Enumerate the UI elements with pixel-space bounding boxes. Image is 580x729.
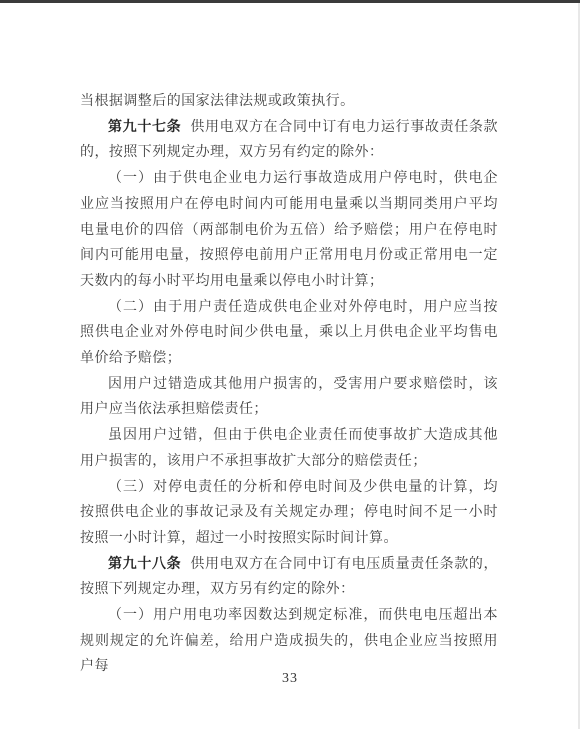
paragraph-article-98: 第九十八条供用电双方在合同中订有电压质量责任条款的，按照下列规定办理，双方另有约…	[80, 552, 498, 603]
paragraph-item-2-sub-1: 因用户过错造成其他用户损害的，受害用户要求赔偿时，该用户应当依法承担赔偿责任；	[80, 372, 498, 423]
document-text-block: 当根据调整后的国家法律法规或政策执行。 第九十七条供用电双方在合同中订有电力运行…	[80, 89, 498, 680]
article-98-label: 第九十八条	[108, 557, 181, 572]
paragraph-article-97: 第九十七条供用电双方在合同中订有电力运行事故责任条款的，按照下列规定办理，双方另…	[80, 115, 498, 166]
page-number: 33	[0, 671, 580, 687]
paragraph-continuation: 当根据调整后的国家法律法规或政策执行。	[80, 89, 498, 115]
page-top-edge-line	[0, 0, 580, 3]
paragraph-item-1: （一）由于供电企业电力运行事故造成用户停电时，供电企业应当按照用户在停电时间内可…	[80, 166, 498, 295]
paragraph-item-3: （三）对停电责任的分析和停电时间及少供电量的计算，均按照供电企业的事故记录及有关…	[80, 475, 498, 552]
paragraph-item-2-sub-2: 虽因用户过错，但由于供电企业责任而使事故扩大造成其他用户损害的，该用户不承担事故…	[80, 423, 498, 474]
paragraph-item-1-article-98: （一）用户用电功率因数达到规定标准，而供电电压超出本规则规定的允许偏差，给用户造…	[80, 603, 498, 680]
document-page: 当根据调整后的国家法律法规或政策执行。 第九十七条供用电双方在合同中订有电力运行…	[0, 0, 580, 729]
article-97-label: 第九十七条	[108, 120, 181, 135]
paragraph-item-2: （二）由于用户责任造成供电企业对外停电时，用户应当按照供电企业对外停电时间少供电…	[80, 295, 498, 372]
